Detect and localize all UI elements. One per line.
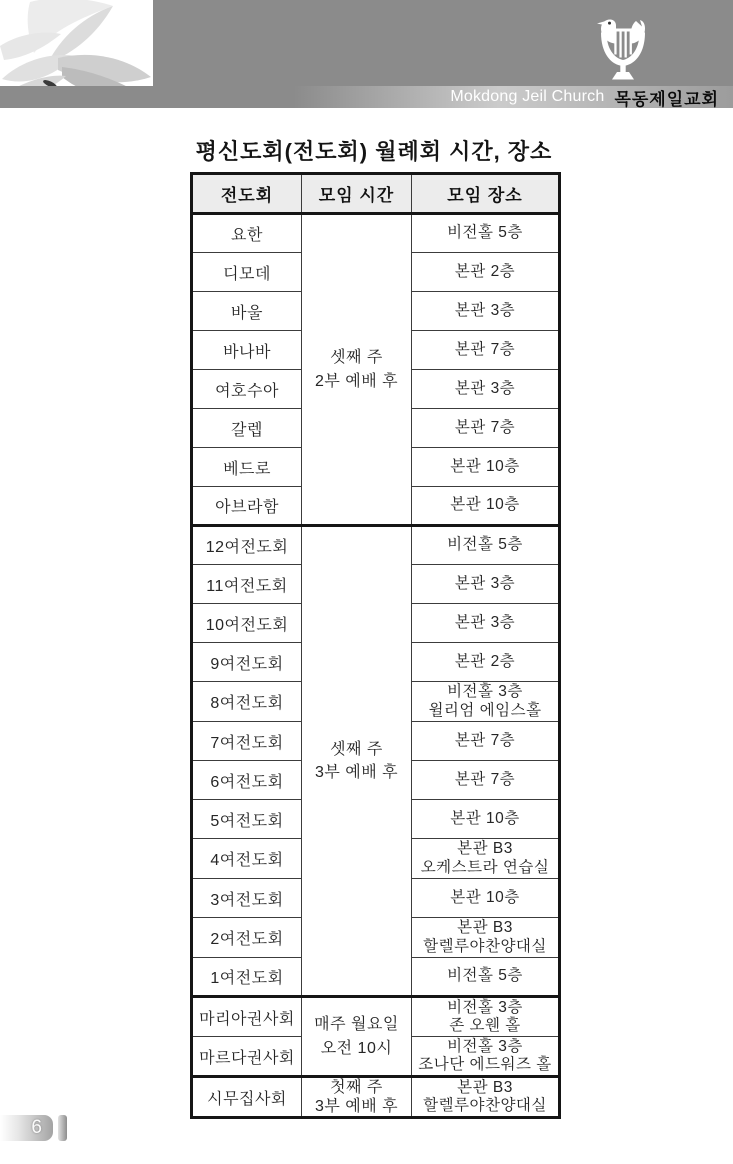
schedule-table-container: 전도회 모임 시간 모임 장소 요한 셋째 주 2부 예배 후 비전홀 5층 디… <box>190 172 561 1119</box>
place-cell: 비전홀 3층 조나단 에드워즈 홀 <box>412 1037 560 1077</box>
page-number-badge: 6 <box>0 1115 80 1141</box>
group-cell: 3여전도회 <box>192 879 302 918</box>
group-cell: 베드로 <box>192 448 302 487</box>
group-cell: 11여전도회 <box>192 565 302 604</box>
group-cell: 시무집사회 <box>192 1077 302 1118</box>
place-cell: 본관 B3 할렐루야찬양대실 <box>412 918 560 958</box>
group-cell: 여호수아 <box>192 370 302 409</box>
group-cell: 디모데 <box>192 253 302 292</box>
page-number-bar: 6 <box>0 1115 53 1141</box>
page-badge-accent <box>58 1115 67 1141</box>
group-cell: 갈렙 <box>192 409 302 448</box>
group-cell: 바울 <box>192 292 302 331</box>
time-cell: 첫째 주 3부 예배 후 <box>302 1077 412 1118</box>
group-cell: 마리아권사회 <box>192 997 302 1037</box>
page-number: 6 <box>31 1117 42 1139</box>
place-cell: 본관 3층 <box>412 370 560 409</box>
church-name-strip: Mokdong Jeil Church 목동제일교회 <box>0 86 733 108</box>
column-header-time: 모임 시간 <box>302 174 412 214</box>
place-cell: 본관 2층 <box>412 253 560 292</box>
table-header-row: 전도회 모임 시간 모임 장소 <box>192 174 560 214</box>
place-cell: 비전홀 5층 <box>412 526 560 565</box>
place-cell: 비전홀 5층 <box>412 958 560 997</box>
place-cell: 본관 2층 <box>412 643 560 682</box>
column-header-place: 모임 장소 <box>412 174 560 214</box>
place-cell: 본관 10층 <box>412 879 560 918</box>
time-cell: 셋째 주 3부 예배 후 <box>302 526 412 997</box>
group-cell: 7여전도회 <box>192 722 302 761</box>
place-cell: 본관 B3 오케스트라 연습실 <box>412 839 560 879</box>
place-cell: 본관 3층 <box>412 604 560 643</box>
group-cell: 12여전도회 <box>192 526 302 565</box>
place-cell: 본관 7층 <box>412 409 560 448</box>
place-cell: 본관 B3 할렐루야찬양대실 <box>412 1077 560 1118</box>
group-cell: 아브라함 <box>192 487 302 526</box>
group-cell: 9여전도회 <box>192 643 302 682</box>
group-cell: 요한 <box>192 214 302 253</box>
church-name-korean: 목동제일교회 <box>614 85 719 110</box>
group-cell: 바나바 <box>192 331 302 370</box>
group-cell: 4여전도회 <box>192 839 302 879</box>
place-cell: 본관 3층 <box>412 292 560 331</box>
place-cell: 본관 3층 <box>412 565 560 604</box>
group-cell: 5여전도회 <box>192 800 302 839</box>
time-cell: 셋째 주 2부 예배 후 <box>302 214 412 526</box>
table-row: 마리아권사회 매주 월요일 오전 10시 비전홀 3층 존 오웬 홀 <box>192 997 560 1037</box>
place-cell: 본관 10층 <box>412 448 560 487</box>
group-cell: 1여전도회 <box>192 958 302 997</box>
place-cell: 본관 10층 <box>412 487 560 526</box>
table-row: 시무집사회 첫째 주 3부 예배 후 본관 B3 할렐루야찬양대실 <box>192 1077 560 1118</box>
column-header-group: 전도회 <box>192 174 302 214</box>
place-cell: 본관 7층 <box>412 331 560 370</box>
table-row: 요한 셋째 주 2부 예배 후 비전홀 5층 <box>192 214 560 253</box>
church-name-english: Mokdong Jeil Church <box>450 88 604 106</box>
group-cell: 6여전도회 <box>192 761 302 800</box>
group-cell: 마르다권사회 <box>192 1037 302 1077</box>
group-cell: 2여전도회 <box>192 918 302 958</box>
table-row: 12여전도회 셋째 주 3부 예배 후 비전홀 5층 <box>192 526 560 565</box>
page-title: 평신도회(전도회) 월례회 시간, 장소 <box>190 135 558 166</box>
time-cell: 매주 월요일 오전 10시 <box>302 997 412 1077</box>
place-cell: 본관 10층 <box>412 800 560 839</box>
place-cell: 비전홀 3층 윌리엄 에임스홀 <box>412 682 560 722</box>
place-cell: 비전홀 5층 <box>412 214 560 253</box>
place-cell: 비전홀 3층 존 오웬 홀 <box>412 997 560 1037</box>
lyre-dove-icon <box>593 15 653 84</box>
place-cell: 본관 7층 <box>412 761 560 800</box>
schedule-table: 전도회 모임 시간 모임 장소 요한 셋째 주 2부 예배 후 비전홀 5층 디… <box>190 172 561 1119</box>
bulletin-page: Mokdong Jeil Church 목동제일교회 평신도회(전도회) 월례회… <box>0 0 733 1164</box>
group-cell: 8여전도회 <box>192 682 302 722</box>
place-cell: 본관 7층 <box>412 722 560 761</box>
group-cell: 10여전도회 <box>192 604 302 643</box>
